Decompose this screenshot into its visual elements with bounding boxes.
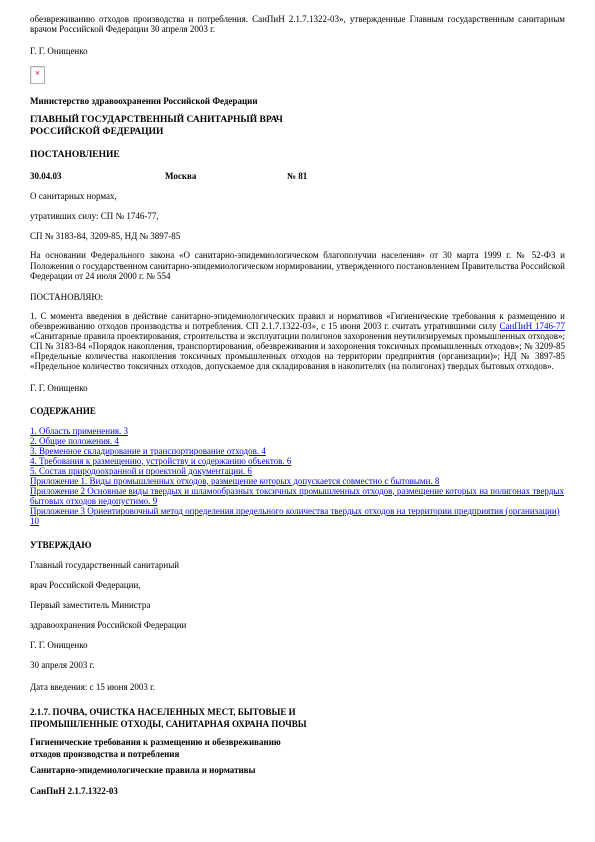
effective-date-line: Дата введения: с 15 июня 2003 г. [30, 682, 565, 692]
authority-title: ГЛАВНЫЙ ГОСУДАРСТВЕННЫЙ САНИТАРНЫЙ ВРАЧ … [30, 114, 565, 138]
subject-line-3: СП № 3183-84, 3209-85, НД № 3897-85 [30, 231, 565, 241]
toc-item-placement-requirements[interactable]: 4. Требования к размещению, устройству и… [30, 456, 565, 466]
item1-text-after-link: «Санитарные правила проектирования, стро… [30, 331, 565, 371]
broken-image-x-glyph: × [35, 67, 40, 79]
toc-item-appendix-3[interactable]: Приложение 3 Ориентировочный метод опред… [30, 506, 565, 526]
date-city-number-line: 30.04.03Москва№ 81 [30, 171, 565, 181]
signature-onishchenko-middle: Г. Г. Онищенко [30, 383, 565, 393]
toc-item-scope[interactable]: 1. Область применения. 3 [30, 426, 565, 436]
broken-image-icon: × [30, 66, 45, 84]
sanpin-1746-77-link[interactable]: СанПиН 1746-77 [499, 321, 565, 331]
document-title: Гигиенические требования к размещению и … [30, 736, 565, 760]
resolution-date: 30.04.03 [30, 171, 165, 181]
toc-item-documentation[interactable]: 5. Состав природоохранной и проектной до… [30, 466, 565, 476]
resolution-city: Москва [165, 171, 287, 181]
signature-onishchenko-top: Г. Г. Онищенко [30, 46, 565, 56]
classification-heading: 2.1.7. ПОЧВА, ОЧИСТКА НАСЕЛЕННЫХ МЕСТ, Б… [30, 706, 565, 730]
continuation-paragraph: обезвреживанию отходов производства и по… [30, 14, 565, 34]
resolution-number: № 81 [287, 171, 307, 181]
approval-line-1: Главный государственный санитарный [30, 560, 565, 570]
approval-line-2: врач Российской Федерации, [30, 580, 565, 590]
subject-line-2: утративших силу: СП № 1746-77, [30, 211, 565, 221]
doc-type-heading: ПОСТАНОВЛЕНИЕ [30, 150, 565, 160]
document-number: СанПиН 2.1.7.1322-03 [30, 785, 565, 797]
ministry-line: Министерство здравоохранения Российской … [30, 96, 565, 106]
approval-date: 30 апреля 2003 г. [30, 660, 565, 670]
toc-item-appendix-1[interactable]: Приложение 1. Виды промышленных отходов,… [30, 476, 565, 486]
document-kind: Санитарно-эпидемиологические правила и н… [30, 764, 565, 776]
item1-text-before-link: 1. С момента введения в действие санитар… [30, 311, 565, 331]
table-of-contents: 1. Область применения. 3 2. Общие положе… [30, 426, 565, 526]
resolution-item-1: 1. С момента введения в действие санитар… [30, 311, 565, 371]
resolve-heading: ПОСТАНОВЛЯЮ: [30, 292, 565, 302]
approval-heading: УТВЕРЖДАЮ [30, 540, 565, 550]
approval-line-4: здравоохранения Российской Федерации [30, 620, 565, 630]
signature-onishchenko-bottom: Г. Г. Онищенко [30, 640, 565, 650]
toc-item-temporary-storage[interactable]: 3. Временное складирование и транспортир… [30, 446, 565, 456]
document-page: обезвреживанию отходов производства и по… [0, 0, 595, 842]
toc-item-appendix-2[interactable]: Приложение 2 Основные виды твердых и шла… [30, 486, 565, 506]
toc-item-general[interactable]: 2. Общие положения. 4 [30, 436, 565, 446]
toc-heading: СОДЕРЖАНИЕ [30, 406, 565, 416]
subject-line-1: О санитарных нормах, [30, 191, 565, 201]
basis-paragraph: На основании Федерального закона «О сани… [30, 250, 565, 282]
approval-line-3: Первый заместитель Министра [30, 600, 565, 610]
